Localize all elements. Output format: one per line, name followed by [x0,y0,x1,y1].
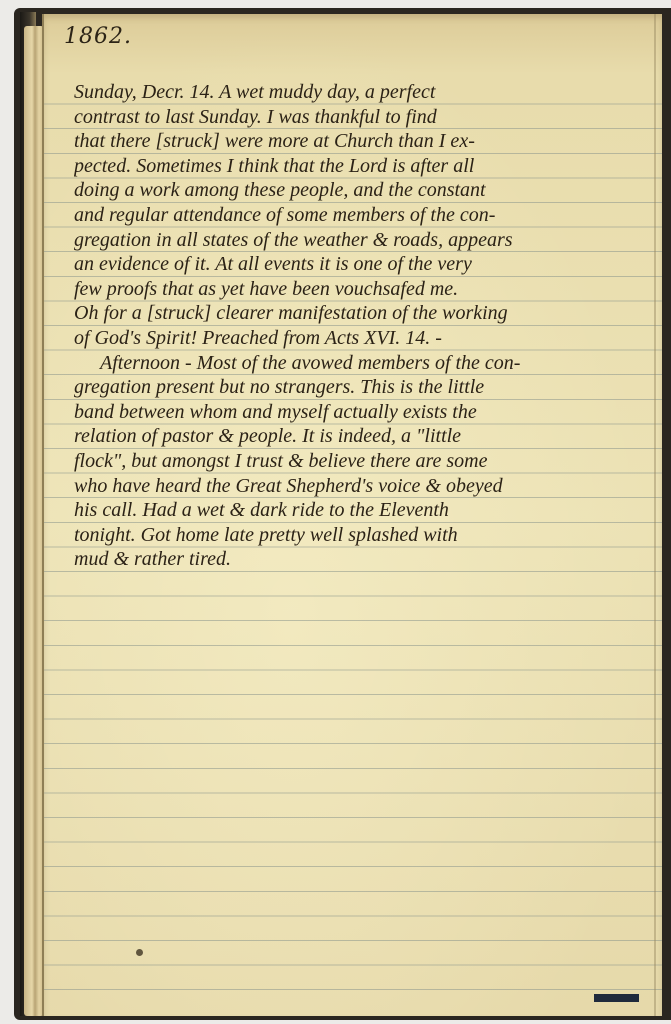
diary-entry: Sunday, Decr. 14. A wet muddy day, a per… [74,80,654,572]
entry-line: relation of pastor & people. It is indee… [74,424,654,449]
entry-line: an evidence of it. At all events it is o… [74,252,654,277]
entry-line: Sunday, Decr. 14. A wet muddy day, a per… [74,80,654,105]
entry-line: doing a work among these people, and the… [74,178,654,203]
cover-corner-tab [594,994,639,1002]
entry-line: gregation present but no strangers. This… [74,375,654,400]
entry-line: gregation in all states of the weather &… [74,228,654,253]
entry-line: that there [struck] were more at Church … [74,129,654,154]
entry-line: pected. Sometimes I think that the Lord … [74,154,654,179]
entry-line: mud & rather tired. [74,547,654,572]
entry-line: and regular attendance of some members o… [74,203,654,228]
entry-line: who have heard the Great Shepherd's voic… [74,474,654,499]
entry-line: flock", but amongst I trust & believe th… [74,449,654,474]
diary-page: 1862. Sunday, Decr. 14. A wet muddy day,… [42,14,662,1016]
ink-spot [136,949,143,956]
entry-line: tonight. Got home late pretty well splas… [74,523,654,548]
entry-line: Afternoon - Most of the avowed members o… [74,351,654,376]
entry-line: band between whom and myself actually ex… [74,400,654,425]
entry-line: his call. Had a wet & dark ride to the E… [74,498,654,523]
entry-line: contrast to last Sunday. I was thankful … [74,105,654,130]
page-stack-edge [24,26,44,1016]
entry-line: Oh for a [struck] clearer manifestation … [74,301,654,326]
entry-line: few proofs that as yet have been vouchsa… [74,277,654,302]
entry-line: of God's Spirit! Preached from Acts XVI.… [74,326,654,351]
year-heading: 1862. [64,24,132,49]
